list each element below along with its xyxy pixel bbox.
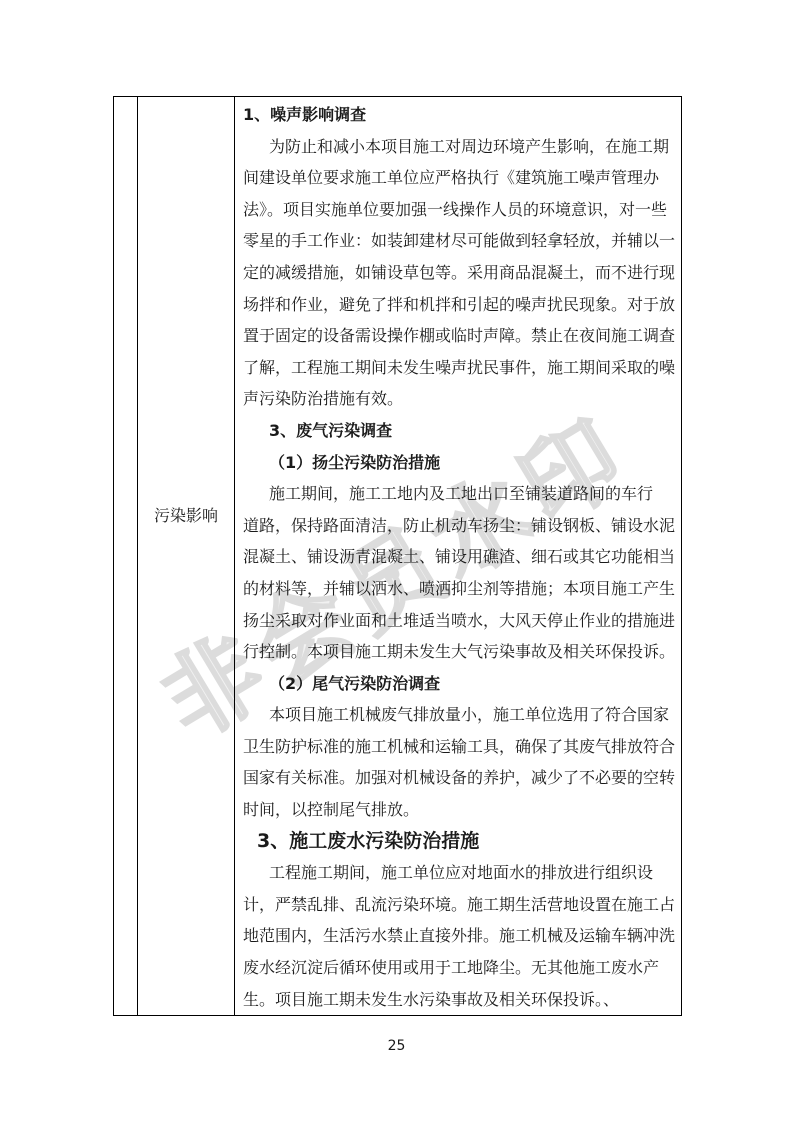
text-line: 混凝土、铺设沥青混凝土、铺设用礁渣、细石或其它功能相当 (243, 541, 681, 573)
text-line: 扬尘采取对作业面和土堆适当喷水，大风天停止作业的措施进 (243, 605, 681, 637)
text-line: 零星的手工作业：如装卸建材尽可能做到轻拿轻放，并辅以一 (243, 225, 681, 257)
text-line: 废水经沉淀后循环使用或用于工地降尘。无其他施工废水产 (243, 952, 681, 984)
text-line: 1、噪声影响调查 (243, 99, 681, 131)
text-line: 声污染防治措施有效。 (243, 383, 681, 415)
table-cell-content: 1、噪声影响调查为防止和减小本项目施工对周边环境产生影响，在施工期间建设单位要求… (235, 97, 681, 1015)
text-line: 国家有关标准。加强对机械设备的养护，减少了不必要的空转 (243, 762, 681, 794)
document-page: { "page": { "number": "25" }, "watermark… (0, 0, 793, 1122)
text-line: 本项目施工机械废气排放量小，施工单位选用了符合国家 (243, 699, 681, 731)
text-line: 的材料等，并辅以洒水、喷洒抑尘剂等措施；本项目施工产生 (243, 573, 681, 605)
page-number: 25 (0, 1038, 793, 1054)
text-line: （2）尾气污染防治调查 (243, 668, 681, 700)
text-line: （1）扬尘污染防治措施 (243, 447, 681, 479)
text-line: 地范围内，生活污水禁止直接外排。施工机械及运输车辆冲洗 (243, 920, 681, 952)
table-cell-left-empty (114, 97, 138, 1015)
row-header-pollution-impact: 污染影响 (138, 506, 234, 526)
text-line: 生。项目施工期未发生水污染事故及相关环保投诉。、 (243, 984, 681, 1015)
text-line: 行控制。本项目施工期未发生大气污染事故及相关环保投诉。 (243, 636, 681, 668)
text-line: 计，严禁乱排、乱流污染环境。施工期生活营地设置在施工占 (243, 889, 681, 921)
text-line: 道路，保持路面清洁，防止机动车扬尘：铺设钢板、铺设水泥 (243, 510, 681, 542)
report-table: 污染影响 1、噪声影响调查为防止和减小本项目施工对周边环境产生影响，在施工期间建… (113, 96, 682, 1016)
text-line: 施工期间，施工工地内及工地出口至铺装道路间的车行 (243, 478, 681, 510)
text-line: 为防止和减小本项目施工对周边环境产生影响，在施工期 (243, 131, 681, 163)
text-line: 置于固定的设备需设操作棚或临时声障。禁止在夜间施工调查 (243, 320, 681, 352)
text-line: 法》。项目实施单位要加强一线操作人员的环境意识，对一些 (243, 194, 681, 226)
text-line: 了解，工程施工期间未发生噪声扰民事件，施工期间采取的噪 (243, 352, 681, 384)
text-line: 时间，以控制尾气排放。 (243, 794, 681, 826)
text-line: 间建设单位要求施工单位应严格执行《建筑施工噪声管理办 (243, 162, 681, 194)
text-line: 3、施工废水污染防治措施 (243, 826, 681, 858)
text-line: 定的减缓措施，如铺设草包等。采用商品混凝土，而不进行现 (243, 257, 681, 289)
text-line: 卫生防护标准的施工机械和运输工具，确保了其废气排放符合 (243, 731, 681, 763)
table-cell-row-header: 污染影响 (138, 97, 235, 1015)
text-line: 场拌和作业，避免了拌和机拌和引起的噪声扰民现象。对于放 (243, 289, 681, 321)
text-line: 3、废气污染调查 (243, 415, 681, 447)
text-line: 工程施工期间，施工单位应对地面水的排放进行组织设 (243, 857, 681, 889)
